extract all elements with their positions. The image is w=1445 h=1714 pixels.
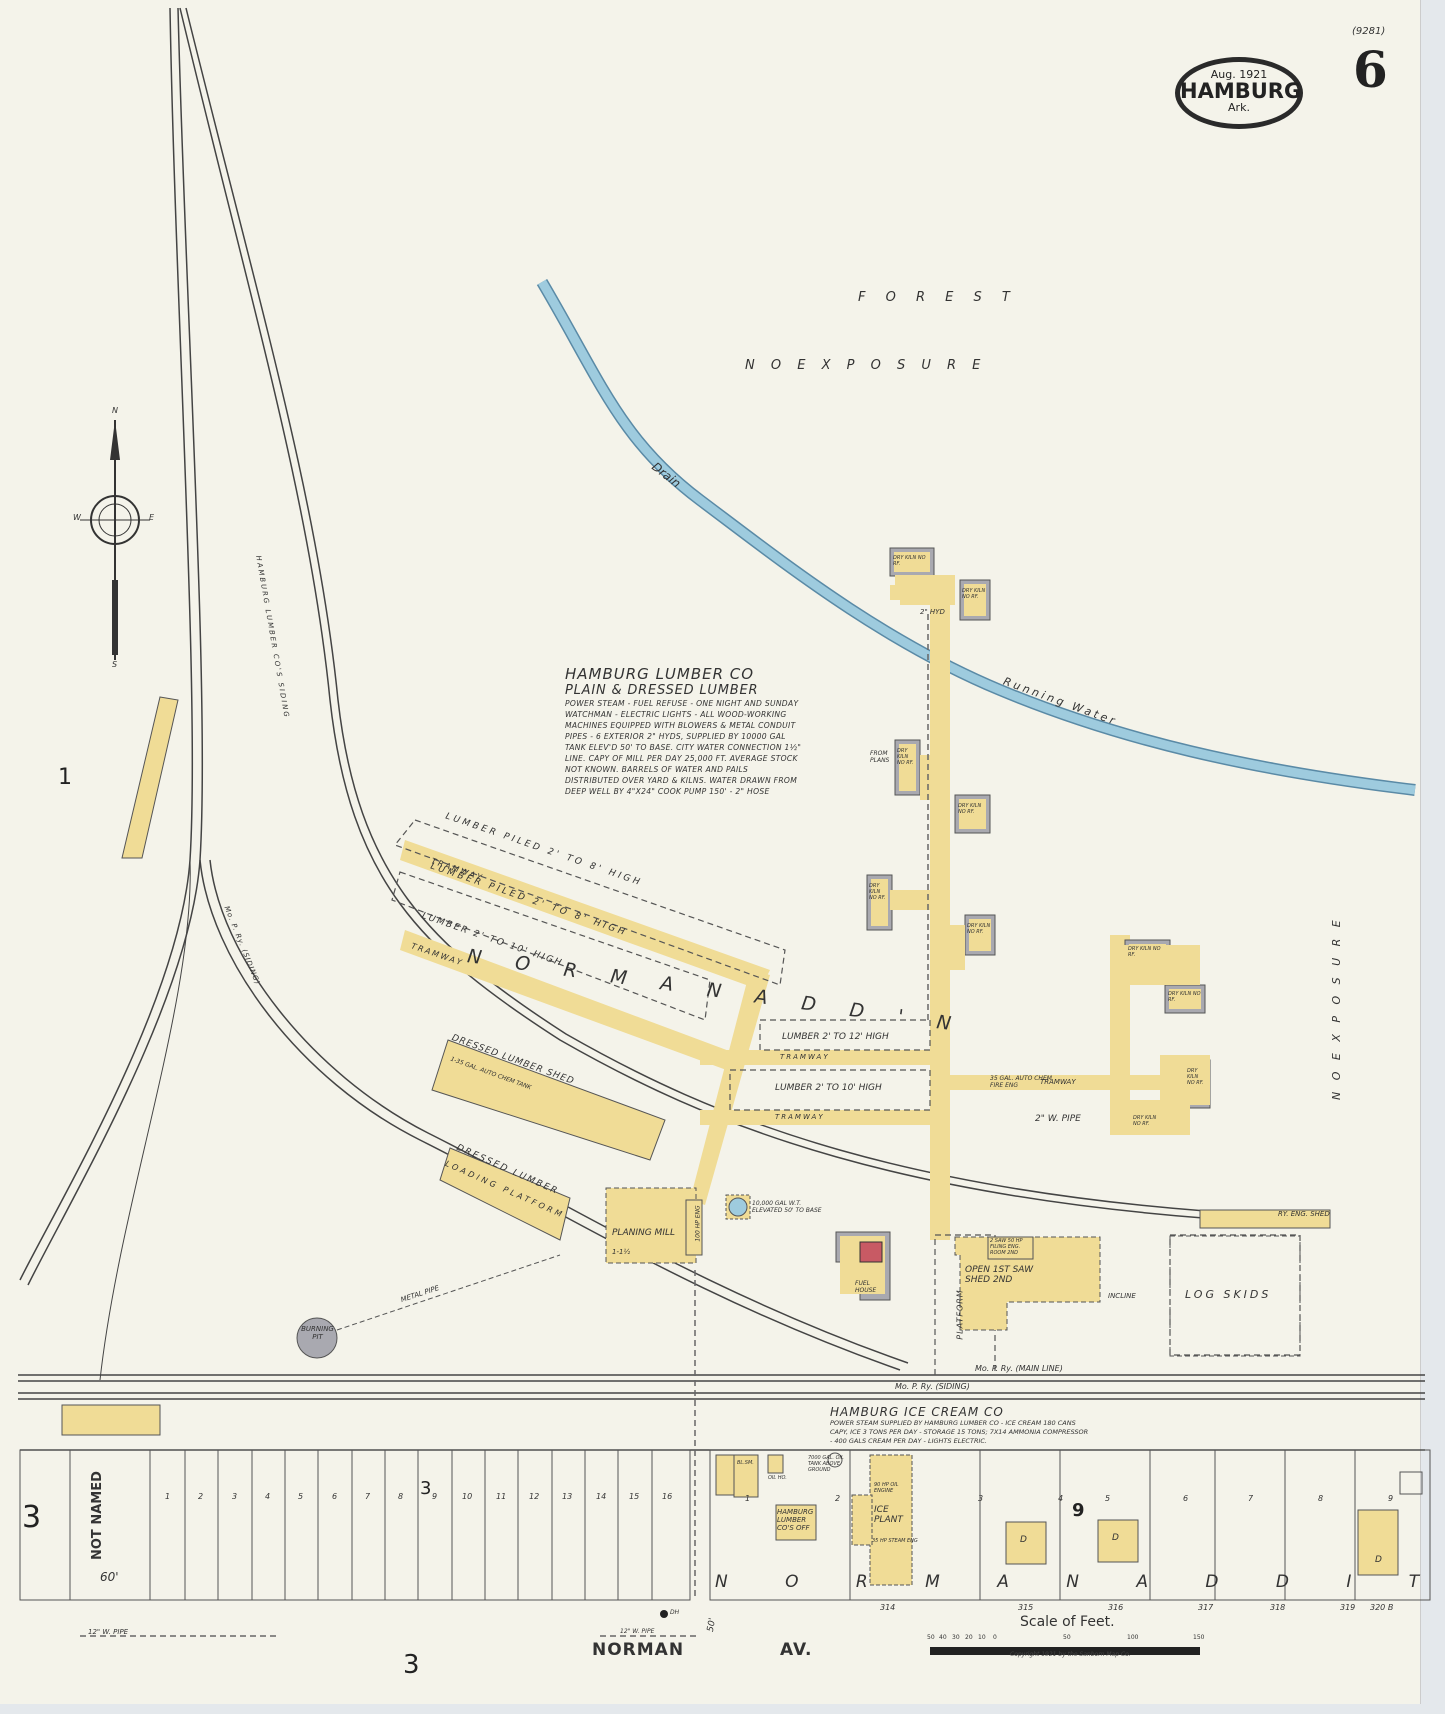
no-exposure-right-label: N O E X P O S U R E bbox=[1330, 916, 1343, 1100]
scale-tick: 20 bbox=[965, 1634, 973, 1641]
lot-number: 6 bbox=[332, 1492, 337, 1501]
scale-title: Scale of Feet. bbox=[1020, 1614, 1115, 1630]
no-exposure-label: N O E X P O S U R E bbox=[745, 358, 986, 373]
street-name: NORMAN bbox=[592, 1640, 684, 1660]
lot-number: 7 bbox=[1248, 1494, 1253, 1503]
forest-label: F O R E S T bbox=[858, 290, 1018, 305]
lot-number: 9 bbox=[1388, 1494, 1393, 1503]
burning-pit-label: BURNING PIT bbox=[300, 1325, 335, 1341]
oil-house-label: OIL HO. bbox=[768, 1475, 787, 1481]
oil-tank-label: 7000 GAL. OIL TANK ABOVE GROUND bbox=[808, 1455, 858, 1473]
lot-number: 2 bbox=[198, 1492, 203, 1501]
pipe-label: 2" W. PIPE bbox=[1035, 1114, 1081, 1124]
compass-n: N bbox=[112, 406, 118, 415]
planing-mill-label: PLANING MILL bbox=[612, 1228, 675, 1238]
block-3-lots: 1 2 3 4 5 6 7 8 9 10 11 12 13 14 15 16 bbox=[150, 1492, 660, 1506]
dwelling-label: D bbox=[1020, 1535, 1027, 1545]
ice-cream-company-notes: HAMBURG ICE CREAM CO Power steam supplie… bbox=[830, 1405, 1090, 1446]
lumber-company-subtitle: PLAIN & DRESSED LUMBER bbox=[565, 683, 805, 698]
lot-number: 12 bbox=[529, 1492, 539, 1501]
lot-number: 8 bbox=[1318, 1494, 1323, 1503]
tramway-4: TRAMWAY bbox=[775, 1113, 825, 1121]
lot-number: 6 bbox=[1183, 1494, 1188, 1503]
not-named-street-label: NOT NAMED bbox=[90, 1471, 105, 1560]
city-name: HAMBURG bbox=[1180, 81, 1298, 101]
oil-engine-label: 90 HP OIL ENGINE bbox=[874, 1482, 910, 1494]
dry-kiln-label: DRY KILN NO RF. bbox=[1168, 991, 1202, 1003]
lot-number: 11 bbox=[496, 1492, 506, 1501]
lot-number: 7 bbox=[365, 1492, 370, 1501]
scale-tick: 30 bbox=[952, 1634, 960, 1641]
bl-sm-label: BL.SM. bbox=[737, 1460, 754, 1466]
lot-number: 10 bbox=[462, 1492, 472, 1501]
dry-kiln-label: DRY KILN NO RF. bbox=[893, 555, 929, 567]
dry-kiln-label: DRY KILN NO RF. bbox=[962, 588, 988, 600]
scale-tick: 0 bbox=[993, 1634, 997, 1641]
norman-addition-label: N O R M A N A D D I T I O N bbox=[715, 1572, 1445, 1592]
dry-kiln-label: DRY KILN NO RF. bbox=[1133, 1115, 1165, 1127]
address: 319 bbox=[1340, 1603, 1355, 1612]
planing-mill-note: 1-1½ bbox=[612, 1248, 630, 1256]
lot-number: 15 bbox=[629, 1492, 639, 1501]
map-drawing bbox=[0, 0, 1445, 1714]
lumber-office-label: HAMBURG LUMBER CO'S OFF bbox=[777, 1508, 819, 1532]
dry-kiln-label: DRY KILN NO RF. bbox=[1128, 946, 1166, 958]
copyright: Copyright 1921 by the Sanborn Map Co. bbox=[1010, 1651, 1131, 1658]
platform-label: PLATFORM bbox=[956, 1289, 965, 1339]
scale-tick: 50 bbox=[1063, 1634, 1071, 1641]
lot-number: 5 bbox=[1105, 1494, 1110, 1503]
block-1-number: 1 bbox=[58, 765, 72, 790]
steam-engine-label: 35 HP STEAM ENG bbox=[872, 1538, 918, 1544]
street-suffix: AV. bbox=[780, 1640, 812, 1660]
block-9-lots: 1 2 3 4 5 6 7 8 9 bbox=[700, 1494, 1420, 1508]
chem-engine-label: 35 GAL. AUTO CHEM FIRE ENG bbox=[990, 1075, 1060, 1089]
lot-number: 14 bbox=[596, 1492, 606, 1501]
address: 318 bbox=[1270, 1603, 1285, 1612]
fuel-house-label: FUEL HOUSE bbox=[855, 1280, 885, 1294]
dry-kiln-label: DRY KILN NO RF. bbox=[967, 923, 993, 935]
compass-e: E bbox=[149, 513, 154, 522]
address: 315 bbox=[1018, 1603, 1033, 1612]
dry-kiln-label: DRY KILN NO RF. bbox=[958, 803, 986, 815]
lot-number: 1 bbox=[165, 1492, 170, 1501]
pipe-12-label: 12" W. PIPE bbox=[620, 1628, 654, 1635]
lot-number: 4 bbox=[1058, 1494, 1063, 1503]
address: 314 bbox=[880, 1603, 895, 1612]
lumber-2-10-b: LUMBER 2' TO 10' HIGH bbox=[775, 1083, 882, 1093]
lot-number: 3 bbox=[978, 1494, 983, 1503]
engine-room-label: 2 SAW 50 HP FILING ENG. ROOM 2ND bbox=[990, 1238, 1035, 1256]
scale-tick: 150 bbox=[1193, 1634, 1204, 1641]
lot-number: 2 bbox=[835, 1494, 840, 1503]
street-addresses: 314 315 316 317 318 319 320 B bbox=[880, 1603, 1420, 1615]
scale-tick: 10 bbox=[978, 1634, 986, 1641]
sheet-id: (9281) bbox=[1352, 26, 1385, 37]
dwelling-label: D bbox=[1375, 1555, 1382, 1565]
saw-shed-label: OPEN 1ST SAW SHED 2ND bbox=[965, 1265, 1055, 1285]
lot-number: 13 bbox=[562, 1492, 572, 1501]
map-sheet: Aug. 1921 HAMBURG Ark. (9281) 6 N W E S … bbox=[0, 0, 1421, 1704]
hp-engine-label: 100 HP ENG bbox=[695, 1205, 702, 1241]
address: 320 B bbox=[1370, 1603, 1393, 1612]
lumber-2-12: LUMBER 2' TO 12' HIGH bbox=[782, 1032, 889, 1042]
water-tank-label: 10,000 GAL W.T. ELEVATED 50' TO BASE bbox=[752, 1200, 832, 1214]
log-skids-label: LOG SKIDS bbox=[1185, 1288, 1271, 1301]
address: 317 bbox=[1198, 1603, 1213, 1612]
scale-tick: 100 bbox=[1127, 1634, 1138, 1641]
street-width-60: 60' bbox=[100, 1570, 119, 1584]
compass-w: W bbox=[73, 513, 81, 522]
dry-kiln-label: DRY KILN NO RF. bbox=[897, 748, 917, 766]
lot-number: 16 bbox=[662, 1492, 672, 1501]
dry-kiln-label: DRY KILN NO RF. bbox=[1187, 1068, 1207, 1086]
from-plans-label: FROM PLANS bbox=[870, 750, 895, 764]
lot-number: 1 bbox=[745, 1494, 750, 1503]
ice-plant-label: ICE PLANT bbox=[874, 1505, 910, 1525]
block-3-left-number: 3 bbox=[22, 1500, 41, 1535]
lot-number: 4 bbox=[265, 1492, 270, 1501]
compass-s: S bbox=[112, 660, 117, 669]
ry-eng-shed-label: RY. ENG. SHED bbox=[1278, 1210, 1330, 1218]
incline-label: INCLINE bbox=[1108, 1292, 1136, 1300]
dry-kiln-label: DRY KILN NO RF. bbox=[869, 883, 889, 901]
dh-label: DH bbox=[670, 1609, 679, 1616]
lot-number: 8 bbox=[398, 1492, 403, 1501]
title-cartouche: Aug. 1921 HAMBURG Ark. bbox=[1175, 57, 1303, 129]
lumber-company-notes: HAMBURG LUMBER CO PLAIN & DRESSED LUMBER… bbox=[565, 665, 805, 797]
lumber-company-name: HAMBURG LUMBER CO bbox=[565, 665, 805, 683]
scale-tick: 50 bbox=[927, 1634, 935, 1641]
siding-label: Mo. P. Ry. (SIDING) bbox=[895, 1382, 970, 1391]
pipe-12-label-left: 12" W. PIPE bbox=[88, 1628, 128, 1636]
ice-cream-company-description: Power steam supplied by Hamburg Lumber C… bbox=[830, 1419, 1090, 1446]
dwelling-label: D bbox=[1112, 1533, 1119, 1543]
lot-number: 5 bbox=[298, 1492, 303, 1501]
scale-tick: 40 bbox=[939, 1634, 947, 1641]
address: 316 bbox=[1108, 1603, 1123, 1612]
block-3-bottom-number: 3 bbox=[403, 1650, 420, 1680]
lot-number: 3 bbox=[232, 1492, 237, 1501]
compass-rose-icon: N W E S bbox=[75, 410, 155, 670]
ice-cream-company-name: HAMBURG ICE CREAM CO bbox=[830, 1405, 1090, 1419]
hydrant-label: 2" HYD bbox=[920, 608, 945, 616]
tramway-3: TRAMWAY bbox=[780, 1053, 830, 1061]
sheet-number: 6 bbox=[1353, 40, 1388, 99]
lumber-company-description: Power steam - fuel refuse - one night an… bbox=[565, 698, 805, 797]
lot-number: 9 bbox=[432, 1492, 437, 1501]
main-line-label: Mo. P. Ry. (MAIN LINE) bbox=[975, 1364, 1063, 1373]
